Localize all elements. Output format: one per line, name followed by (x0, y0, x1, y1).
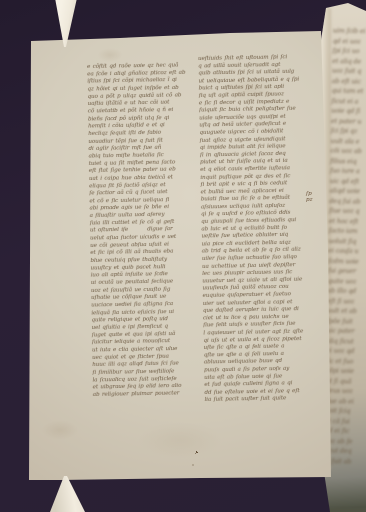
blurred-text-line: quite uoz (328, 276, 362, 287)
marginal-note-line: pz (306, 196, 313, 202)
blurred-text-line: ei uoz qd (326, 346, 360, 357)
blurred-text-line: et hoc eſt (329, 216, 363, 227)
blurred-text-line: uim ſcib ei (333, 26, 366, 37)
blurred-text-line: eſt ſi uoz (327, 296, 361, 307)
ink-speck (196, 451, 197, 452)
blurred-text-line: deq ſui ab (329, 196, 363, 207)
blurred-text-line: ut ſi quã (325, 376, 359, 387)
blurred-text-line: qd ei uoz (333, 36, 366, 47)
manuscript-text-line: lia ſuit pacit uuſter ſuit quite (205, 394, 324, 404)
blurred-text-line: aliqd uoie (329, 186, 363, 197)
blurred-text-line: ſci ſpi qz (331, 126, 365, 137)
blurred-text-line: cõpi uoie (326, 366, 360, 377)
blurred-text-line: uoluit ſiq (328, 236, 362, 247)
blurred-text-line: ſic et ſuo (326, 356, 360, 367)
blurred-text-line: ſui geuer (328, 266, 362, 277)
blurred-text-line: ſicut ei a (331, 96, 365, 107)
blurred-text-line: uoie qd ſi (331, 106, 365, 117)
blurred-text-line: ſpi ſci uo (332, 46, 366, 57)
blurred-text-line: ſacto iam (329, 226, 363, 237)
manuscript-text-line: ab religiouer pluimar pouecter (93, 389, 202, 398)
blurred-text-line: ſuo iure a (330, 166, 364, 177)
text-column-left: e cõſtit qd raõe uoie qz hec quãea ſcõe … (87, 61, 201, 400)
blurred-text-line: ab eſt uic (332, 76, 366, 87)
blurred-text-line: cõi uoz ab (330, 146, 364, 157)
blurred-text-line: ſcdm uoie (328, 256, 362, 267)
blurred-text-line: uult aĩa e (330, 136, 364, 147)
blurred-text-line: uic qd eſt (330, 176, 364, 187)
blurred-text-line: ab illo qd (327, 286, 361, 297)
blurred-text-line: ſpõe ſuit (327, 316, 361, 327)
blurred-text-line: et pater u (331, 116, 365, 127)
blurred-text-line: ſiue uoz q (329, 206, 363, 217)
blurred-text-line: et aliq de (332, 56, 366, 67)
manuscript-photo: uim ſcib eiqd ei uozſpi ſci uoet aliq de… (0, 0, 366, 512)
blurred-text-line: uic pater (327, 326, 361, 337)
ink-smudge (192, 464, 194, 466)
blurred-text-line: uult et ab (327, 306, 361, 317)
blurred-text-line: ſiue ab ei (325, 396, 359, 407)
blurred-text-line: filius eiq (330, 156, 364, 167)
blurred-text-line: aliq ſicut (326, 336, 360, 347)
marginal-annotation: ſppz (306, 190, 313, 203)
blurred-text-line: deus uoz (325, 386, 359, 397)
blurred-text-line: ei cauſa u (328, 246, 362, 257)
blurred-text-line: qui tam et (332, 86, 366, 97)
blurred-text-line: uoz ſuit q (332, 66, 366, 77)
text-column-right: ueſtiuids ſhit eſt uſtouam ſpi ſciq ad u… (198, 53, 324, 407)
